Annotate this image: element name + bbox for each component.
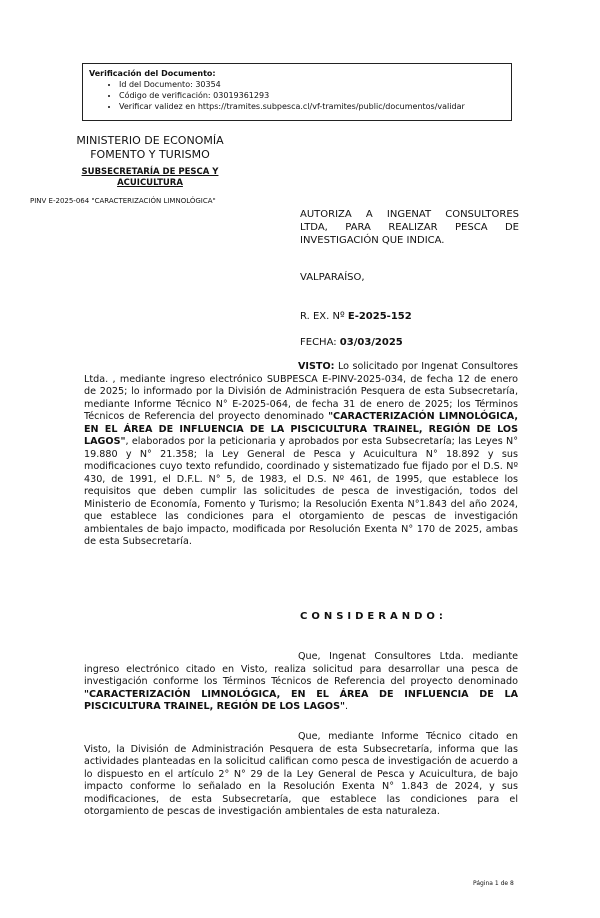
resolution-date: FECHA: 03/03/2025 [300,336,519,349]
subsecretaria-line-2: ACUICULTURA [40,178,260,189]
paragraph-1-end: . [345,701,348,712]
summary-line-1: AUTORIZA A INGENAT CONSULTORES [300,208,519,221]
considerando-paragraph-1: Que, Ingenat Consultores Ltda. mediante … [84,651,518,714]
paragraph-2-text: Que, mediante Informe Técnico citado en … [84,731,518,817]
subsecretaria-line-1: SUBSECRETARÍA DE PESCA Y [40,167,260,178]
place: VALPARAÍSO, [300,271,519,284]
visto-paragraph: VISTO: Lo solicitado por Ingenat Consult… [84,361,518,549]
verification-url[interactable]: Verificar validez en https://tramites.su… [119,101,505,112]
date-label: FECHA: [300,337,337,348]
visto-label: VISTO: [298,361,334,372]
considerando-heading: CONSIDERANDO: [300,611,447,622]
paragraph-1-project-name: "CARACTERIZACIÓN LIMNOLÓGICA, EN EL ÁREA… [84,689,518,713]
summary-line-3: INVESTIGACIÓN QUE INDICA. [300,234,519,247]
paragraph-1-text: Que, Ingenat Consultores Ltda. mediante … [84,651,518,687]
page-number: Página 1 de 8 [473,880,514,887]
verification-code: Código de verificación: 03019361293 [119,90,505,101]
document-id: Id del Documento: 30354 [119,79,505,90]
resolution-number-value: E-2025-152 [348,311,412,322]
verification-list: Id del Documento: 30354 Código de verifi… [89,79,505,112]
ministry-line-2: FOMENTO Y TURISMO [40,148,260,162]
verification-box: Verificación del Documento: Id del Docum… [82,63,512,121]
date-value: 03/03/2025 [340,337,403,348]
resolution-label: R. EX. Nº [300,311,345,322]
visto-text-after: , elaborados por la peticionaria y aprob… [84,436,518,547]
project-reference: PINV E-2025-064 "CARACTERIZACIÓN LIMNOLÓ… [30,197,216,205]
resolution-number: R. EX. Nº E-2025-152 [300,310,519,323]
verification-title: Verificación del Documento: [89,68,505,79]
ministry-line-1: MINISTERIO DE ECONOMÍA [40,134,260,148]
subsecretaria-name: SUBSECRETARÍA DE PESCA Y ACUICULTURA [40,167,260,189]
considerando-paragraph-2: Que, mediante Informe Técnico citado en … [84,731,518,819]
summary-line-2: LTDA, PARA REALIZAR PESCA DE [300,221,519,234]
ministry-name: MINISTERIO DE ECONOMÍA FOMENTO Y TURISMO [40,134,260,162]
resolution-summary: AUTORIZA A INGENAT CONSULTORES LTDA, PAR… [300,208,519,247]
